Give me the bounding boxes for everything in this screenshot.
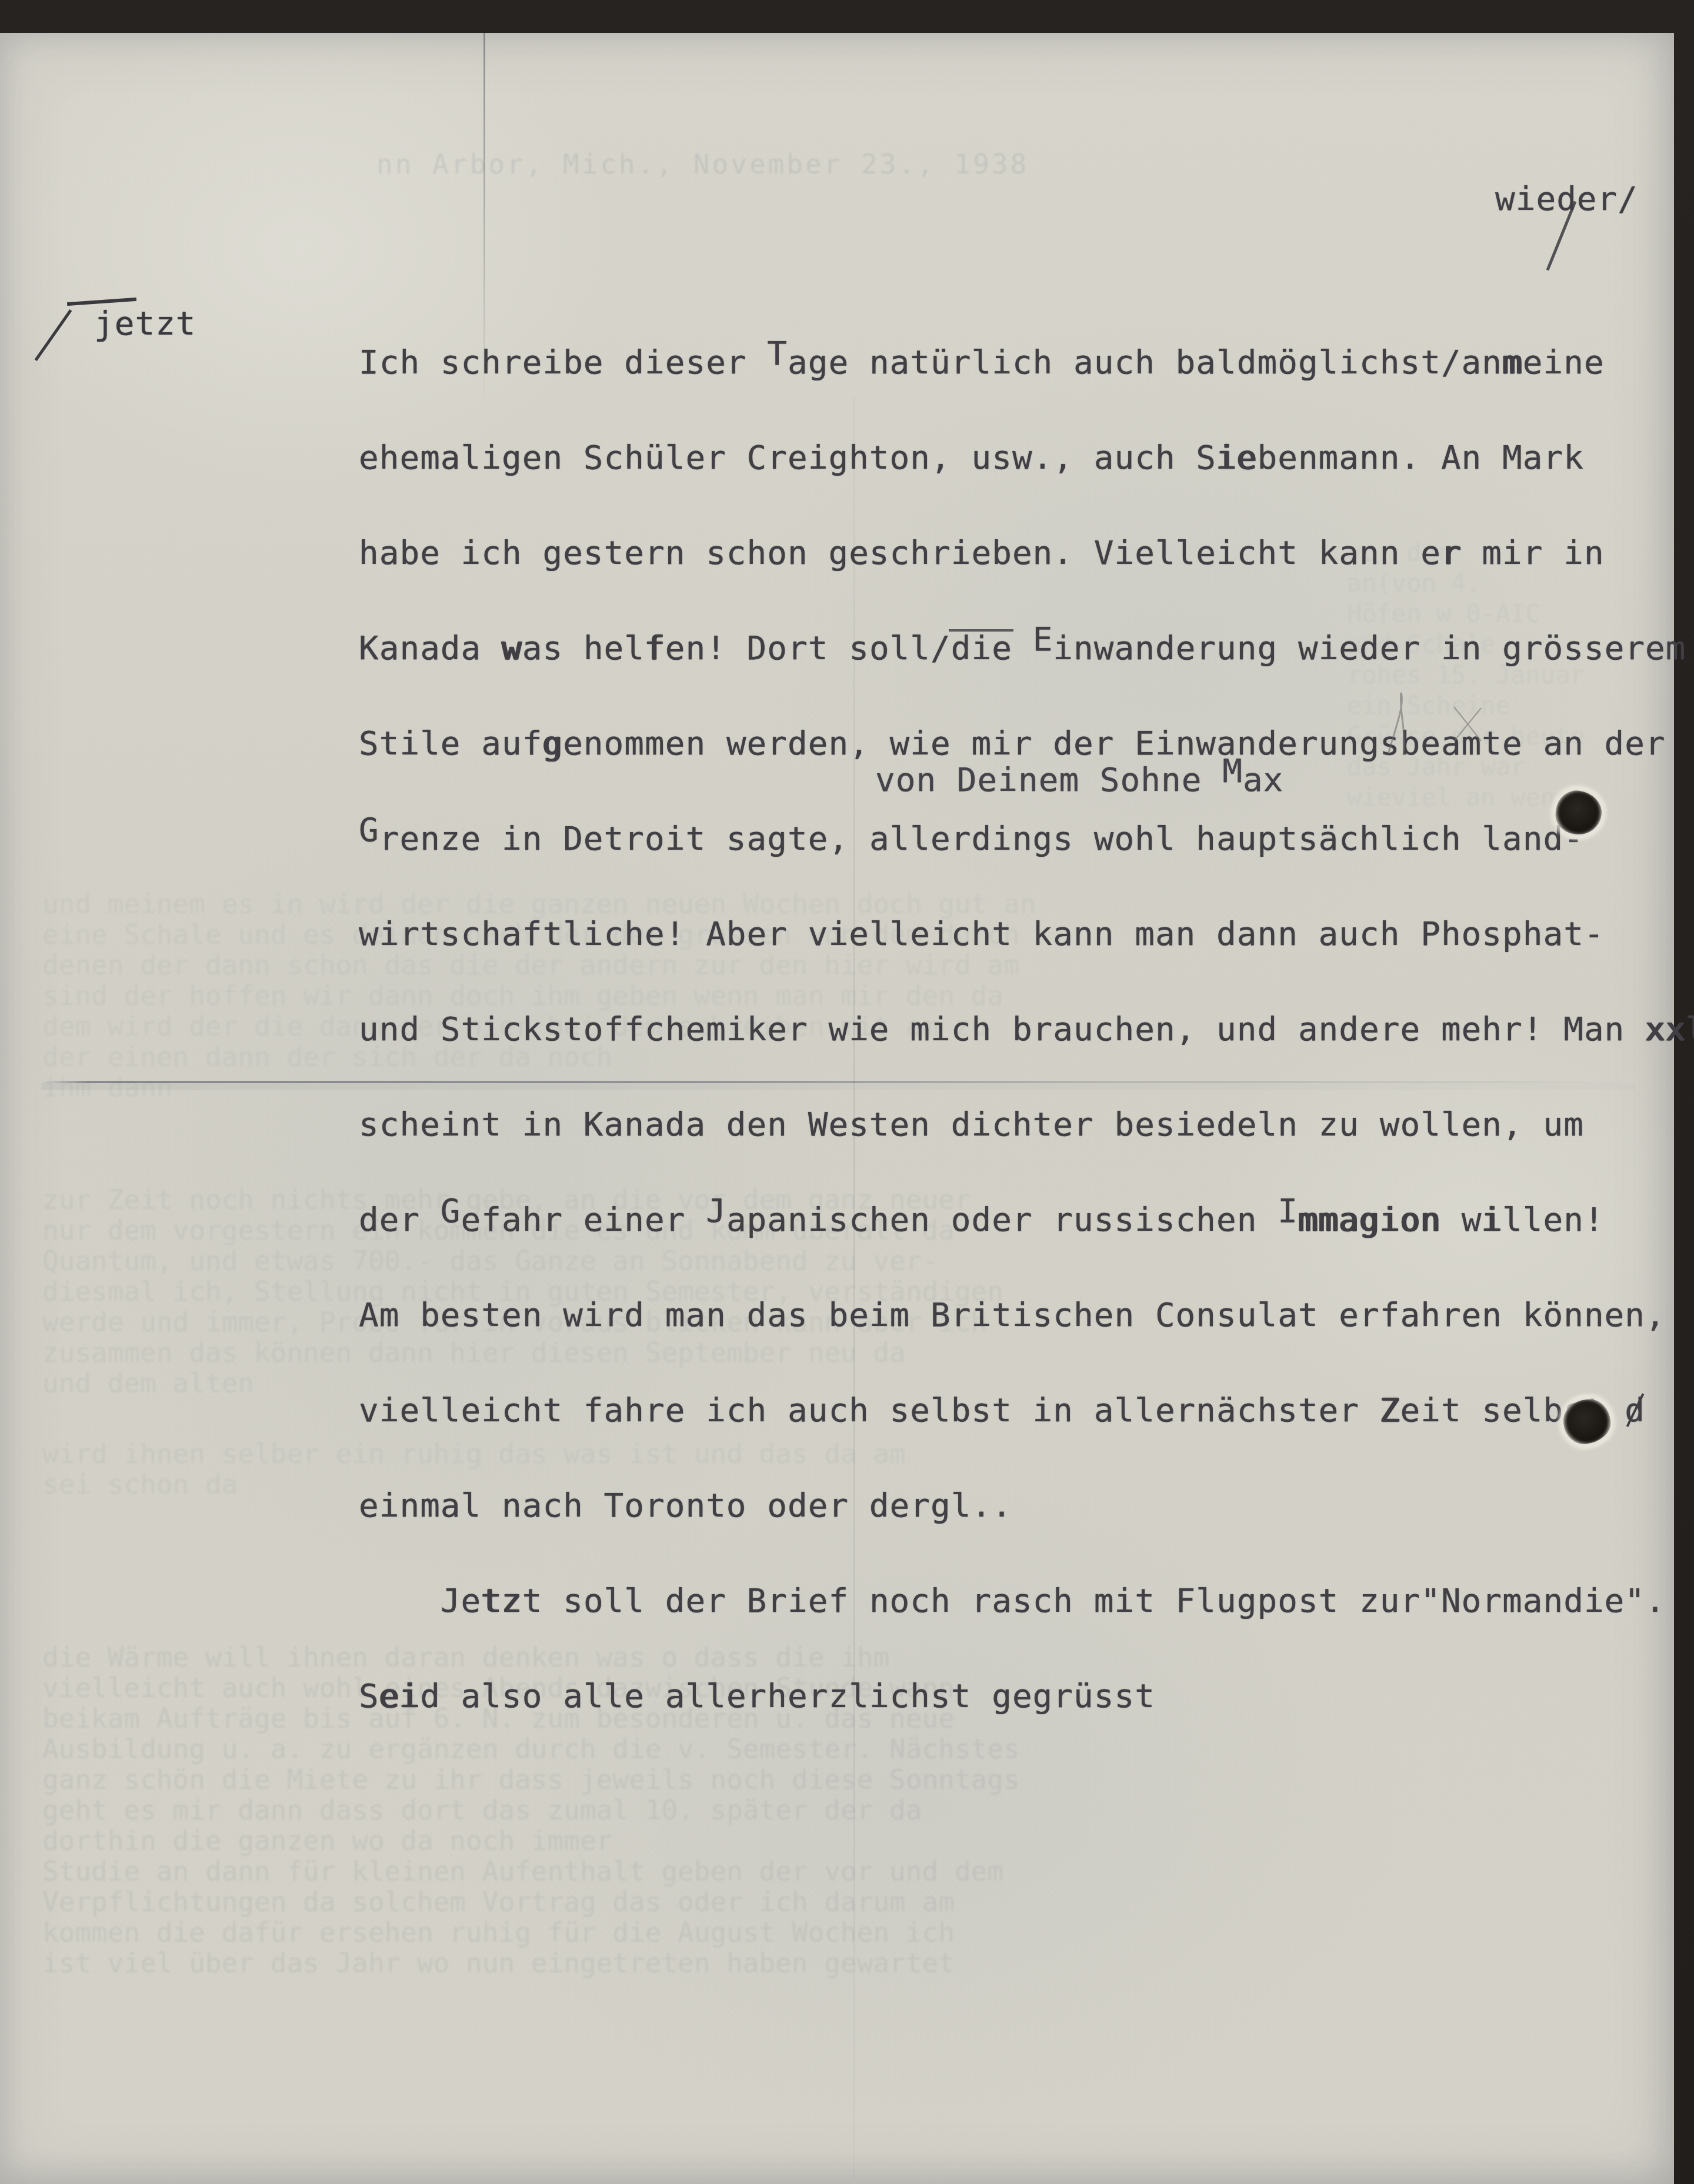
margin-annotation: jetzt bbox=[44, 290, 244, 379]
pencil-mark bbox=[1366, 684, 1507, 773]
letter-paper: nn Arbor, Mich., November 23., 1938 vor … bbox=[0, 33, 1674, 2184]
typed-line: scheint in Kanada den Westen dichter bes… bbox=[359, 1109, 1688, 1141]
typed-line: und Stickstoffchemiker wie mich brauchen… bbox=[359, 1014, 1688, 1046]
typed-line: Seid also alle allerherzlichst gegrüsst bbox=[359, 1681, 1688, 1712]
pen-corner-mark-diagonal bbox=[35, 309, 72, 361]
typed-line: wirtschaftliche! Aber vielleicht kann ma… bbox=[359, 919, 1688, 950]
signature-line: von Deinem Sohne Max bbox=[875, 761, 1283, 799]
typed-line: vielleicht fahre ich auch selbst in alle… bbox=[359, 1395, 1688, 1427]
typed-line: Am besten wird man das beim Britischen C… bbox=[359, 1300, 1688, 1331]
typed-line: einmal nach Toronto oder dergl.. bbox=[359, 1490, 1688, 1522]
typed-line: ehemaligen Schüler Creighton, usw., auch… bbox=[359, 442, 1688, 474]
bleedthrough-dateline: nn Arbor, Mich., November 23., 1938 bbox=[376, 148, 1029, 180]
typed-line: Jetzt soll der Brief noch rasch mit Flug… bbox=[359, 1585, 1688, 1617]
punch-hole-top bbox=[1553, 788, 1605, 837]
letter-body: wieder/ Ich schreibe dieser Tage natürli… bbox=[359, 220, 1688, 1776]
scanned-letter-page: nn Arbor, Mich., November 23., 1938 vor … bbox=[0, 0, 1694, 2184]
punch-hole-bottom bbox=[1561, 1397, 1612, 1446]
typed-line: habe ich gestern schon geschrieben. Viel… bbox=[359, 537, 1688, 569]
typed-line: Kanada was helfen! Dort soll/die Einwand… bbox=[359, 633, 1688, 664]
typed-insertion-wieder: wieder/ bbox=[1495, 183, 1638, 215]
typed-line: Grenze in Detroit sagte, allerdings wohl… bbox=[359, 823, 1688, 855]
margin-annotation-label: jetzt bbox=[94, 305, 196, 343]
typed-line: Ich schreibe dieser Tage natürlich auch … bbox=[359, 347, 1688, 379]
typed-line: der Gefahr einer Japanischen oder russis… bbox=[359, 1204, 1688, 1236]
